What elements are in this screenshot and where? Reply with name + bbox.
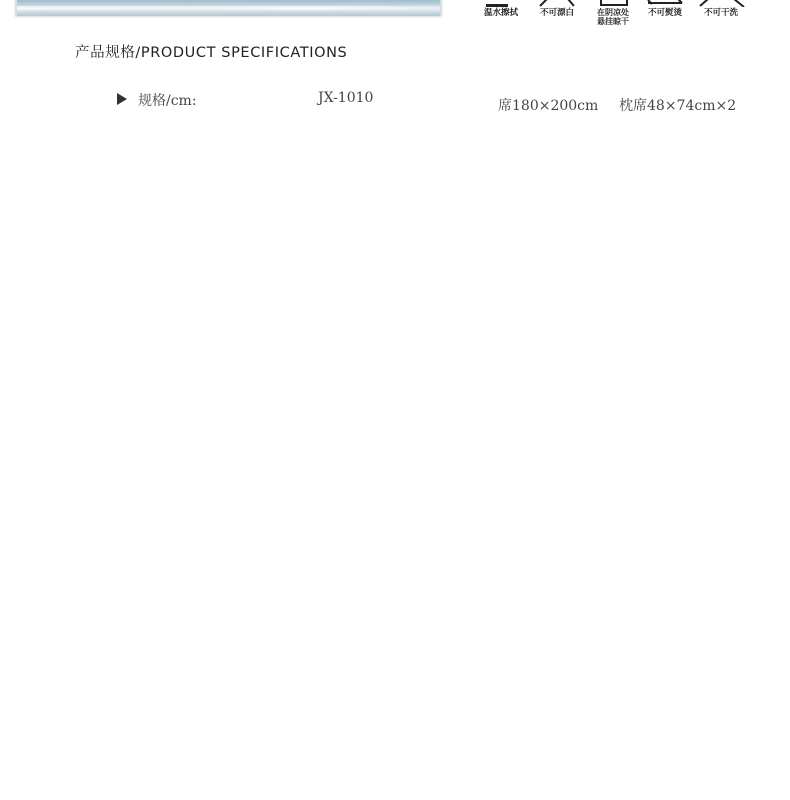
care-label-line2: 悬挂晾干 (590, 18, 636, 27)
product-photo (15, 0, 442, 16)
dry-in-shade-icon (590, 0, 636, 9)
care-item-dry-in-shade: 在阴凉处 悬挂晾干 (590, 0, 636, 26)
hand-wash-warm-icon (478, 0, 524, 9)
care-item-no-iron: 不可熨烫 (642, 0, 688, 18)
triangle-right-icon (117, 93, 127, 105)
no-iron-icon (642, 0, 688, 9)
care-item-no-bleach: 不可漂白 (534, 0, 580, 18)
care-label: 不可漂白 (534, 9, 580, 18)
spec-model-number: JX-1010 (318, 90, 373, 106)
photo-border-left (15, 0, 17, 16)
care-item-no-dry-clean: 不可干洗 (696, 0, 746, 18)
care-label: 不可干洗 (696, 9, 746, 18)
photo-border-right (440, 0, 442, 16)
care-item-hand-wash: 温水擦拭 (478, 0, 524, 18)
care-instructions: 温水擦拭 不可漂白 在阴凉处 悬挂晾干 不可熨烫 (478, 0, 778, 32)
spec-mat-size: 席180×200cm (498, 95, 598, 115)
no-bleach-icon (534, 0, 580, 9)
spec-label: 规格/cm: (138, 90, 197, 110)
spec-row: 规格/cm: JX-1010 席180×200cm 枕席48×74cm×2 (117, 90, 757, 114)
care-label: 不可熨烫 (642, 9, 688, 18)
spec-pillow-size: 枕席48×74cm×2 (619, 95, 736, 115)
section-heading: 产品规格/PRODUCT SPECIFICATIONS (75, 41, 347, 62)
no-dry-clean-icon (696, 0, 746, 9)
care-label: 温水擦拭 (478, 9, 524, 18)
